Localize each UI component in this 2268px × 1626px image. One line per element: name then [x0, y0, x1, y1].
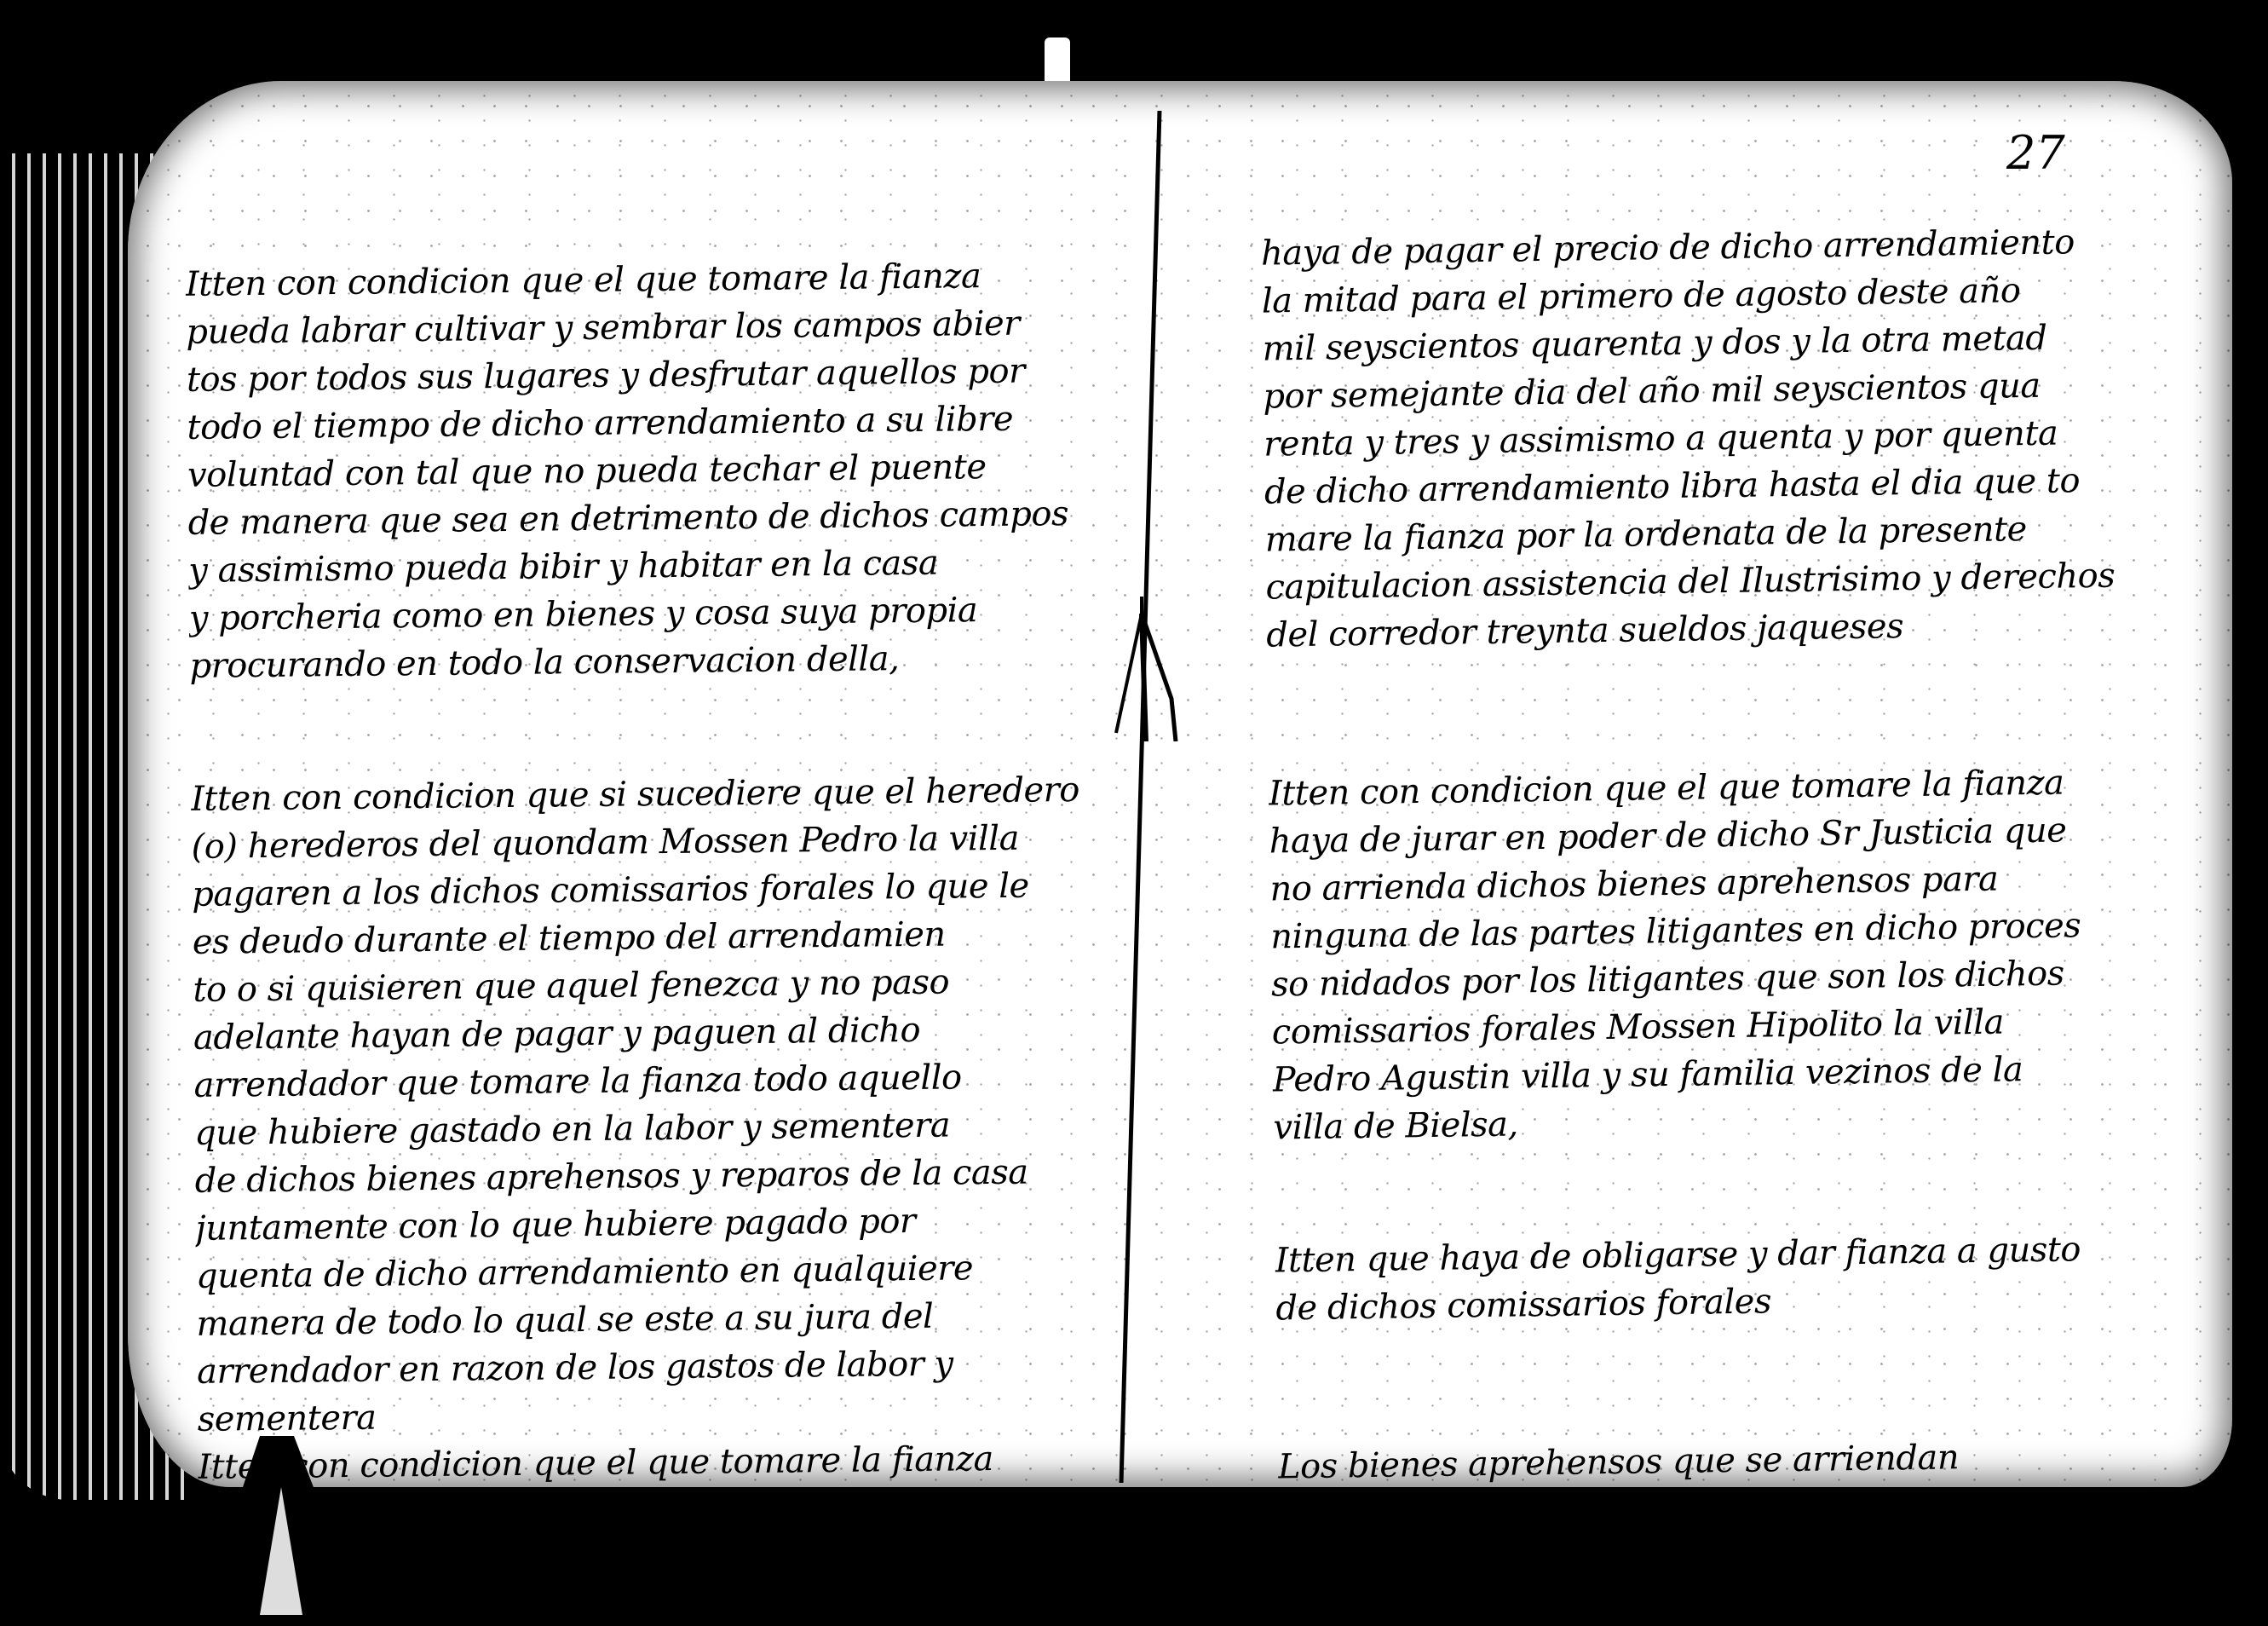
right-paragraph-1: haya de pagar el precio de dicho arrenda…: [1261, 217, 2187, 660]
left-paragraph-2: Itten con condicion que si sucediere que…: [191, 765, 1152, 1444]
left-paragraph-1: Itten con condicion que el que tomare la…: [185, 251, 1143, 690]
left-paragraph-3: Itten con condicion que el que tomare la…: [198, 1433, 1153, 1491]
text-line: Itten con condicion que el que tomare la…: [198, 1433, 1153, 1491]
text-line: de dichos bienes aprehensos y reparos de…: [194, 1147, 1149, 1205]
right-page-text: haya de pagar el precio de dicho arrenda…: [1261, 217, 2199, 1491]
right-paragraph-2: Itten con condicion que el que tomare la…: [1269, 757, 2194, 1151]
text-line: de manera que sea en detrimento de dicho…: [187, 489, 1143, 547]
folio-number: 27: [2006, 126, 2065, 180]
text-line: todo el tiempo de dicho arrendamiento a …: [187, 394, 1142, 452]
left-page-text: Itten con condicion que el que tomare la…: [185, 251, 1152, 1491]
text-line: pagaren a los dichos comissarios forales…: [192, 861, 1147, 919]
right-paragraph-3: Itten que haya de obligarse y dar fianza…: [1275, 1224, 2196, 1332]
